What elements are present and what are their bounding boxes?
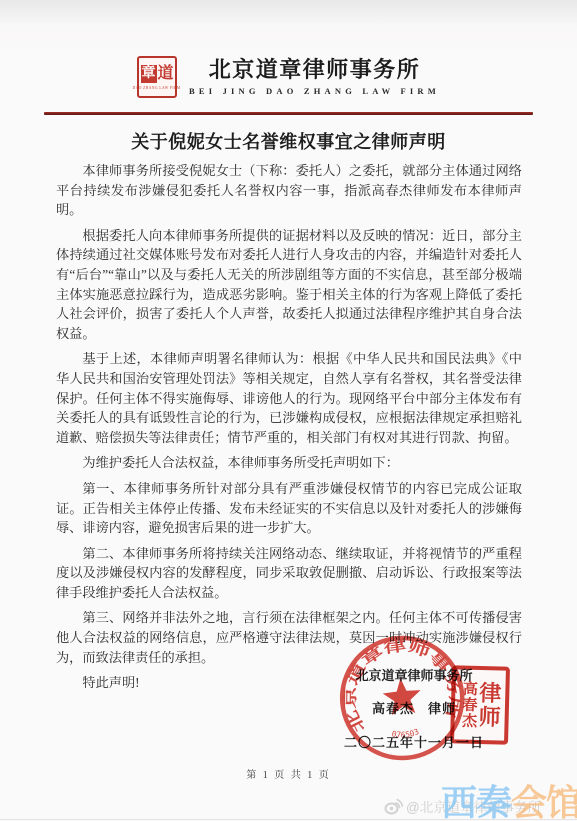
logo-seal-char-right: 道 bbox=[157, 65, 174, 83]
logo-seal-char-left: 章 bbox=[141, 65, 157, 83]
corner-watermark-blue: 西秦 bbox=[441, 782, 511, 821]
body-paragraph: 基于上述，本律师声明署名律师认为：根据《中华人民共和国民法典》《中华人民共和国治… bbox=[56, 349, 522, 447]
body-paragraph: 本律师事务所接受倪妮女士（下称：委托人）之委托，就部分主体通过网络平台持续发布涉… bbox=[56, 161, 522, 220]
logo-seal-caption: DAO ZHANG LAW FIRM bbox=[133, 85, 181, 90]
body-paragraph: 第二、本律师事务所将持续关注网络动态、继续取证，并将视情节的严重程度以及涉嫌侵权… bbox=[56, 544, 522, 603]
body-paragraph: 第一、本律师事务所针对部分具有严重涉嫌侵权情节的内容已完成公证取证。正告相关主体… bbox=[56, 479, 522, 538]
firm-name-english: BEI JING DAO ZHANG LAW FIRM bbox=[189, 86, 440, 96]
firm-name-chinese: 北京道章律师事务所 bbox=[209, 58, 421, 82]
body-paragraph: 为维护委托人合法权益，本律师事务所受托声明如下： bbox=[56, 453, 522, 473]
document-page: 章 道 DAO ZHANG LAW FIRM 北京道章律师事务所 BEI JIN… bbox=[0, 0, 577, 821]
corner-watermark: 西秦会馆 bbox=[441, 775, 577, 821]
seal-star-icon bbox=[382, 676, 423, 715]
logo-seal-chars: 章 道 bbox=[141, 65, 174, 83]
svg-text:076503: 076503 bbox=[390, 727, 421, 741]
body-paragraph: 根据委托人向本律师事务所提供的证据材料以及反映的情况：近日，部分主体持续通过社交… bbox=[56, 226, 522, 344]
weibo-icon bbox=[384, 798, 403, 815]
lawyer-square-seal-icon: 高春杰 律师 bbox=[450, 665, 510, 744]
letterhead: 章 道 DAO ZHANG LAW FIRM 北京道章律师事务所 BEI JIN… bbox=[0, 56, 577, 98]
document-body: 本律师事务所接受倪妮女士（下称：委托人）之委托，就部分主体通过网络平台持续发布涉… bbox=[56, 161, 522, 699]
round-seal-number: 076503 bbox=[390, 727, 421, 741]
square-seal-role: 律师 bbox=[477, 681, 500, 730]
corner-watermark-orange: 会馆 bbox=[511, 782, 577, 821]
firm-logo-seal-icon: 章 道 DAO ZHANG LAW FIRM bbox=[137, 56, 177, 98]
letterhead-divider bbox=[44, 112, 533, 115]
square-seal-name: 高春杰 bbox=[460, 680, 476, 728]
document-title: 关于倪妮女士名誉维权事宜之律师声明 bbox=[0, 128, 577, 154]
firm-names: 北京道章律师事务所 BEI JING DAO ZHANG LAW FIRM bbox=[189, 58, 440, 95]
